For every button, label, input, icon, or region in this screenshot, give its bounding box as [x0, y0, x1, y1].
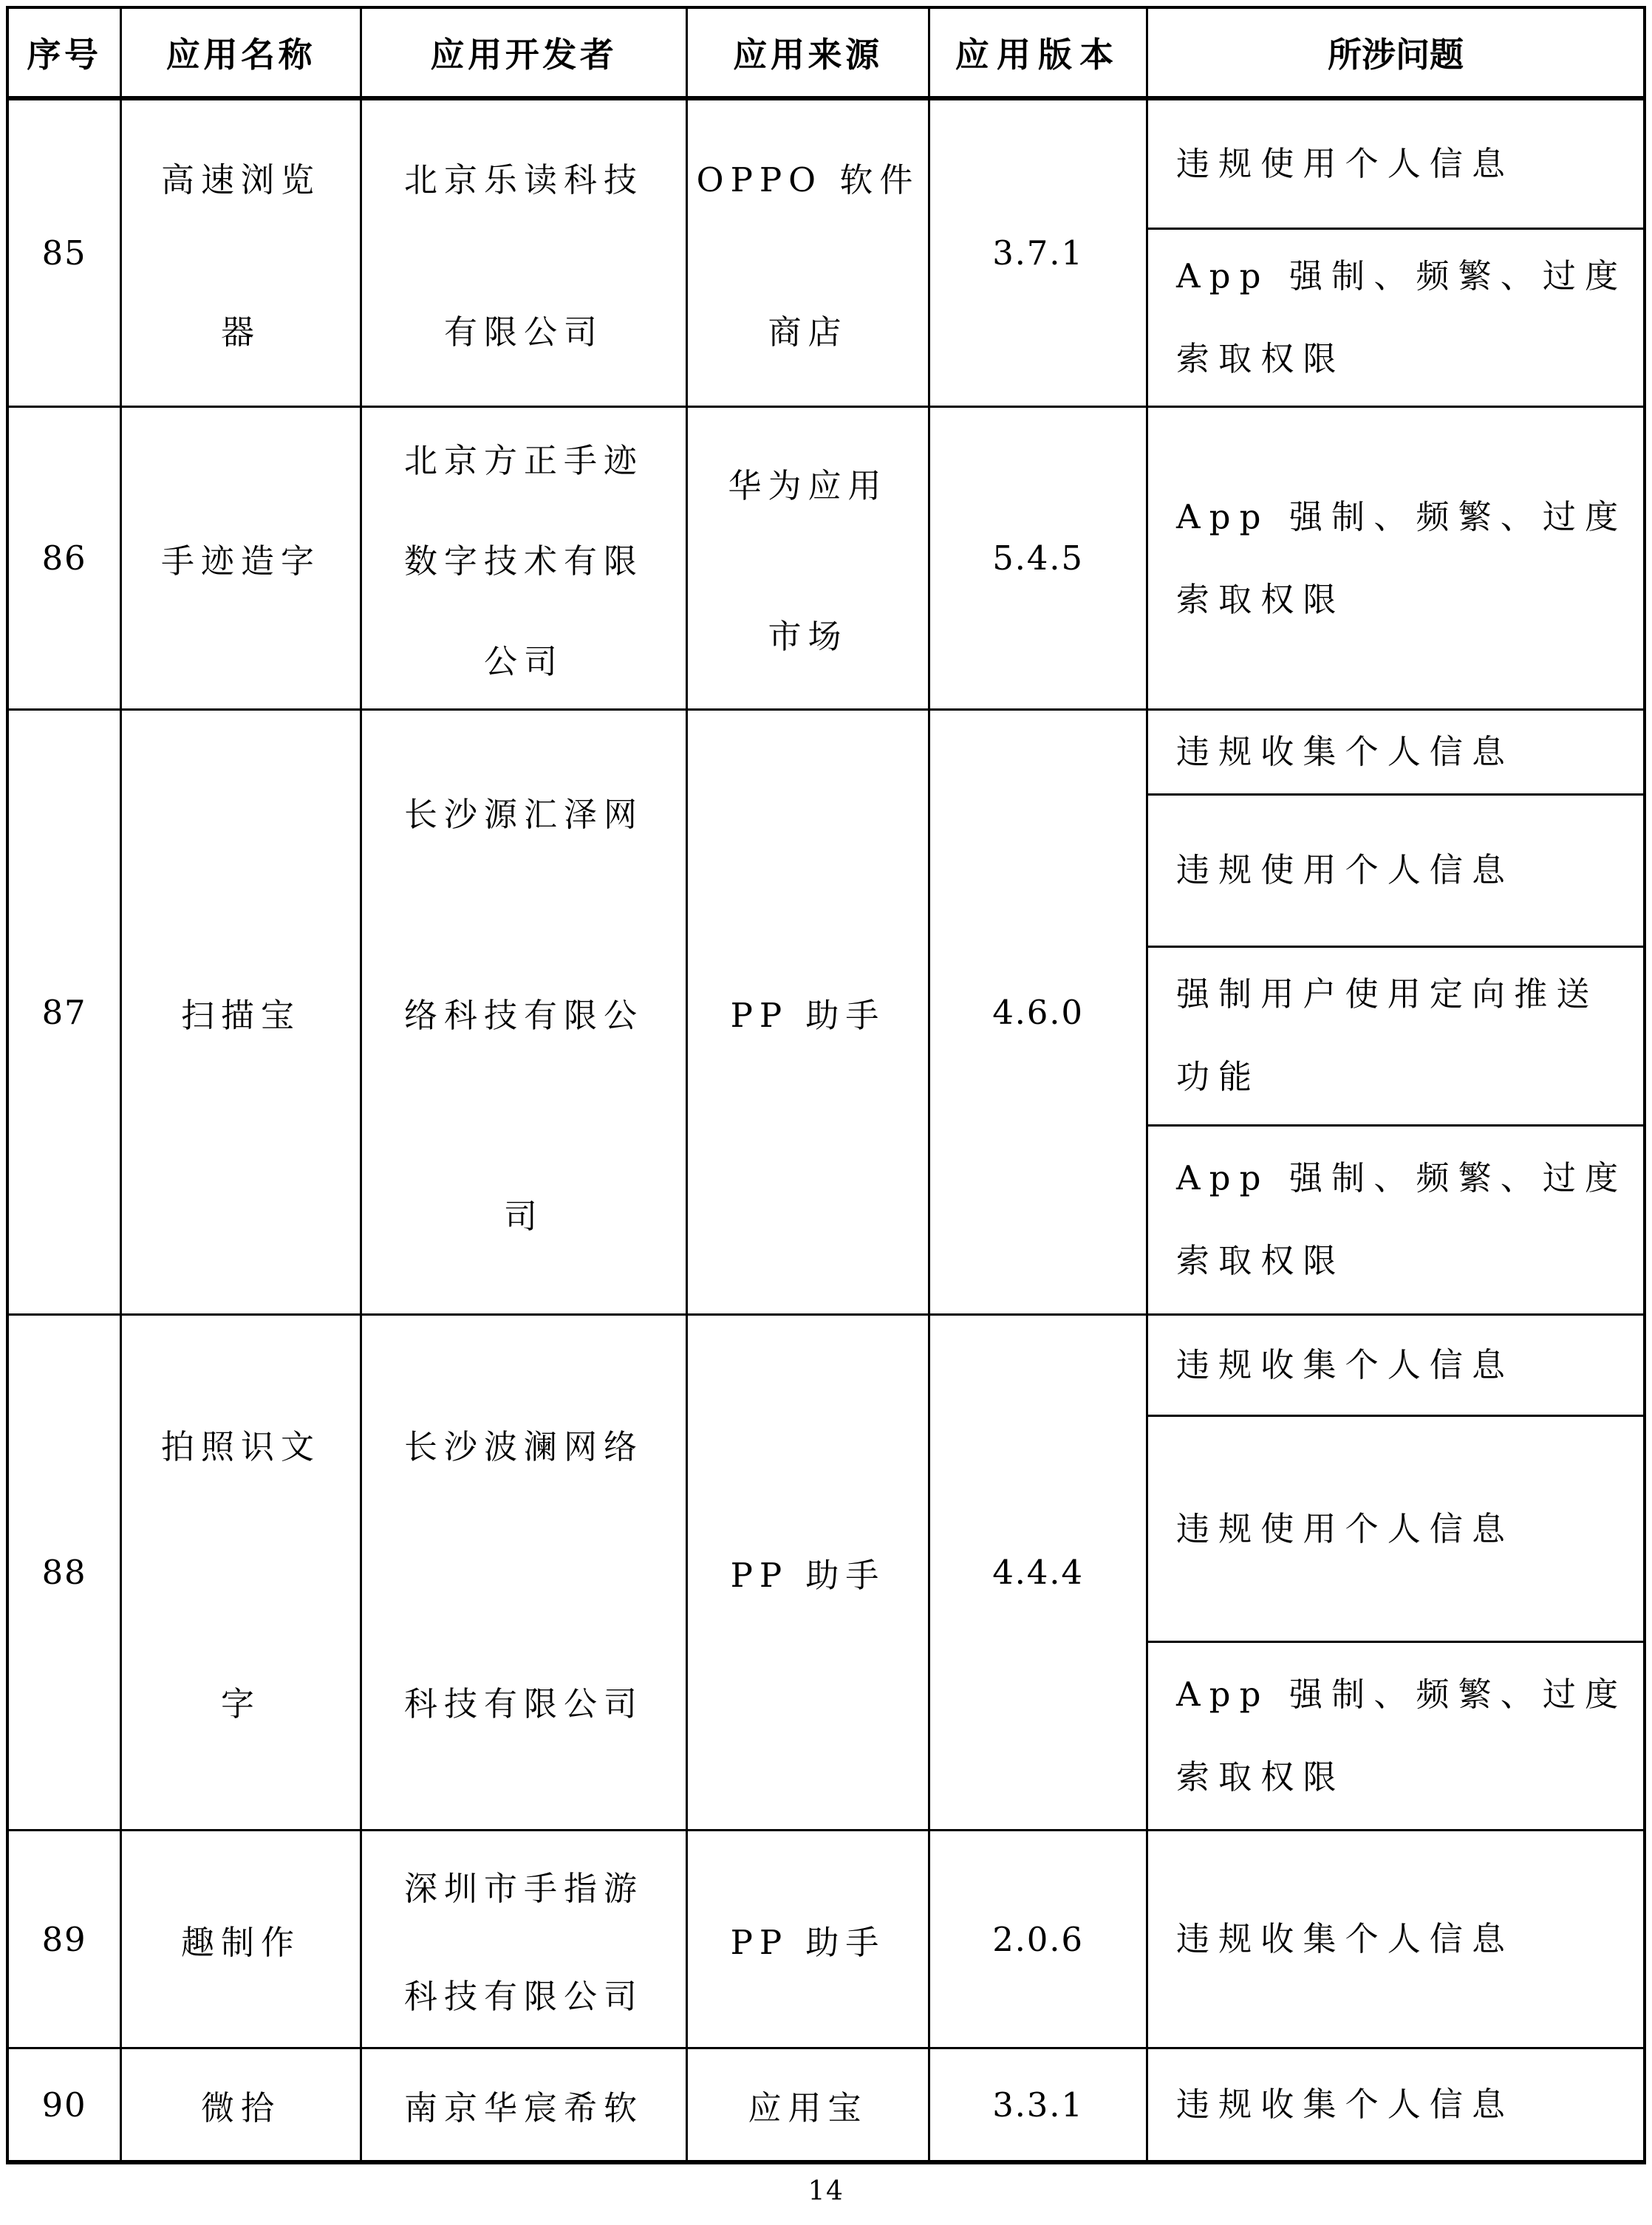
issue-item: 违规使用个人信息 [1148, 1417, 1643, 1643]
app-name-line: 字 [221, 1677, 261, 1725]
serial-cell: 86 [9, 408, 122, 708]
source-cell: PP 助手 [688, 1831, 930, 2047]
source-line: PP 助手 [731, 1915, 886, 1963]
developer-cell: 长沙波澜网络 科技有限公司 [362, 1316, 688, 1829]
table-row: 86 手迹造字 北京方正手迹 数字技术有限 公司 华为应用 市场 5.4.5 A… [9, 408, 1643, 711]
source-line: OPPO 软件 [697, 153, 920, 201]
app-name-line: 拍照识文 [161, 1420, 321, 1468]
developer-line: 司 [504, 1189, 544, 1237]
issues-cell: 违规收集个人信息 违规使用个人信息 强制用户使用定向推送功能 App 强制、频繁… [1148, 711, 1643, 1313]
table-row: 85 高速浏览 器 北京乐读科技 有限公司 OPPO 软件 商店 3.7.1 违… [9, 100, 1643, 408]
table-row: 87 扫描宝 长沙源汇泽网 络科技有限公 司 PP 助手 4.6.0 违规收集个… [9, 711, 1643, 1316]
developer-line: 长沙源汇泽网 [404, 787, 644, 835]
issue-item: App 强制、频繁、过度索取权限 [1148, 1127, 1643, 1313]
developer-cell: 南京华宸希软 [362, 2049, 688, 2160]
app-name-line: 高速浏览 [161, 153, 321, 201]
issues-cell: 违规收集个人信息 [1148, 2049, 1643, 2160]
issues-cell: App 强制、频繁、过度索取权限 [1148, 408, 1643, 708]
developer-cell: 长沙源汇泽网 络科技有限公 司 [362, 711, 688, 1313]
app-name-line: 微拾 [201, 2081, 281, 2129]
source-line: 市场 [768, 609, 847, 657]
version-cell: 3.7.1 [930, 100, 1148, 406]
issues-cell: 违规收集个人信息 违规使用个人信息 App 强制、频繁、过度索取权限 [1148, 1316, 1643, 1829]
version-cell: 4.6.0 [930, 711, 1148, 1313]
table-row: 89 趣制作 深圳市手指游 科技有限公司 PP 助手 2.0.6 违规收集个人信… [9, 1831, 1643, 2049]
developer-line: 北京乐读科技 [404, 153, 644, 201]
issue-item: 违规使用个人信息 [1148, 100, 1643, 230]
source-cell: 应用宝 [688, 2049, 930, 2160]
developer-line: 科技有限公司 [404, 1969, 644, 2017]
header-cell-developer: 应用开发者 [362, 9, 688, 96]
app-name-line: 扫描宝 [181, 988, 301, 1036]
version-cell: 4.4.4 [930, 1316, 1148, 1829]
version-cell: 5.4.5 [930, 408, 1148, 708]
serial-cell: 87 [9, 711, 122, 1313]
developer-line: 络科技有限公 [404, 988, 644, 1036]
issues-cell: 违规使用个人信息 App 强制、频繁、过度索取权限 [1148, 100, 1643, 406]
app-name-cell: 微拾 [122, 2049, 362, 2160]
issues-cell: 违规收集个人信息 [1148, 1831, 1643, 2047]
issue-item: 违规收集个人信息 [1148, 1316, 1643, 1417]
header-cell-issues: 所涉问题 [1148, 9, 1643, 96]
source-cell: OPPO 软件 商店 [688, 100, 930, 406]
developer-line: 有限公司 [444, 305, 604, 353]
issue-item: 违规收集个人信息 [1148, 2049, 1643, 2160]
source-line: 华为应用 [728, 459, 887, 507]
table-row: 88 拍照识文 字 长沙波澜网络 科技有限公司 PP 助手 4.4.4 违规收集… [9, 1316, 1643, 1831]
app-name-cell: 拍照识文 字 [122, 1316, 362, 1829]
source-cell: PP 助手 [688, 1316, 930, 1829]
developer-line: 数字技术有限 [404, 534, 644, 582]
source-line: 商店 [768, 305, 847, 353]
app-name-cell: 高速浏览 器 [122, 100, 362, 406]
table-row: 90 微拾 南京华宸希软 应用宝 3.3.1 违规收集个人信息 [9, 2049, 1643, 2160]
app-name-line: 器 [221, 305, 261, 353]
source-line: PP 助手 [731, 988, 886, 1036]
page-number: 14 [0, 2176, 1652, 2207]
document-page: 序号 应用名称 应用开发者 应用来源 应用版本 所涉问题 85 高速浏览 器 北… [0, 0, 1652, 2225]
app-name-cell: 趣制作 [122, 1831, 362, 2047]
serial-cell: 85 [9, 100, 122, 406]
issue-item: App 强制、频繁、过度索取权限 [1148, 408, 1643, 708]
app-name-cell: 扫描宝 [122, 711, 362, 1313]
issue-item: 违规使用个人信息 [1148, 796, 1643, 948]
developer-cell: 北京乐读科技 有限公司 [362, 100, 688, 406]
issue-item: App 强制、频繁、过度索取权限 [1148, 230, 1643, 406]
developer-cell: 北京方正手迹 数字技术有限 公司 [362, 408, 688, 708]
developer-cell: 深圳市手指游 科技有限公司 [362, 1831, 688, 2047]
developer-line: 长沙波澜网络 [404, 1420, 644, 1468]
app-name-cell: 手迹造字 [122, 408, 362, 708]
issue-item: App 强制、频繁、过度索取权限 [1148, 1643, 1643, 1829]
source-cell: PP 助手 [688, 711, 930, 1313]
source-cell: 华为应用 市场 [688, 408, 930, 708]
header-cell-app-name: 应用名称 [122, 9, 362, 96]
app-name-line: 手迹造字 [161, 534, 321, 582]
header-cell-version: 应用版本 [930, 9, 1148, 96]
source-line: PP 助手 [731, 1548, 886, 1596]
source-line: 应用宝 [748, 2081, 867, 2129]
serial-cell: 90 [9, 2049, 122, 2160]
developer-line: 深圳市手指游 [404, 1862, 644, 1910]
developer-line: 北京方正手迹 [404, 434, 644, 482]
version-cell: 2.0.6 [930, 1831, 1148, 2047]
version-cell: 3.3.1 [930, 2049, 1148, 2160]
serial-cell: 89 [9, 1831, 122, 2047]
header-cell-source: 应用来源 [688, 9, 930, 96]
developer-line: 公司 [484, 635, 564, 683]
app-violation-table: 序号 应用名称 应用开发者 应用来源 应用版本 所涉问题 85 高速浏览 器 北… [6, 6, 1646, 2164]
header-cell-index: 序号 [9, 9, 122, 96]
serial-cell: 88 [9, 1316, 122, 1829]
issue-item: 违规收集个人信息 [1148, 1831, 1643, 2047]
issue-item: 强制用户使用定向推送功能 [1148, 948, 1643, 1127]
developer-line: 科技有限公司 [404, 1677, 644, 1725]
issue-item: 违规收集个人信息 [1148, 711, 1643, 796]
table-header-row: 序号 应用名称 应用开发者 应用来源 应用版本 所涉问题 [9, 9, 1643, 100]
developer-line: 南京华宸希软 [404, 2081, 644, 2129]
app-name-line: 趣制作 [181, 1915, 301, 1963]
